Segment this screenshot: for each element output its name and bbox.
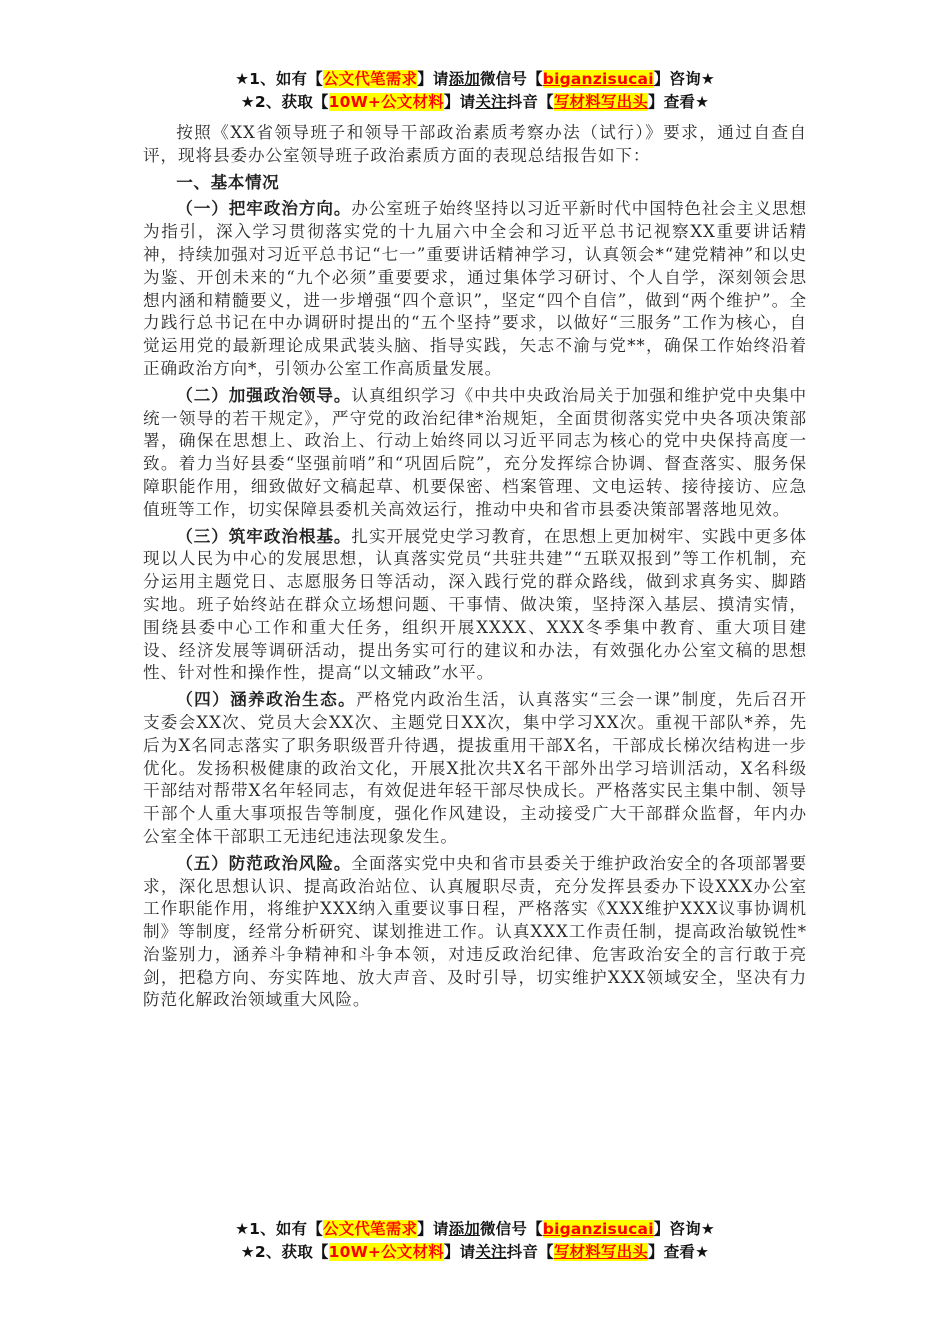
promo-text: 抖音【 [507, 93, 554, 111]
underlined-add: 添加 [449, 1220, 480, 1238]
paragraph-text: 办公室班子始终坚持以习近平新时代中国特色社会主义思想为指引，深入学习贯彻落实党的… [143, 199, 807, 378]
promo-line-1: ★1、如有【公文代笔需求】请添加微信号【biganzisucai】咨询★ [0, 68, 950, 91]
paragraph-lead: （五）防范政治风险。 [176, 854, 351, 873]
wechat-id-link[interactable]: biganzisucai [543, 1220, 654, 1238]
paragraph-political-leadership: （二）加强政治领导。认真组织学习《中共中央政治局关于加强和维护党中央集中统一领导… [143, 385, 807, 522]
document-body: 按照《XX省领导班子和领导干部政治素质考察办法（试行）》要求，通过自查自评，现将… [143, 122, 807, 1016]
top-promo-banner: ★1、如有【公文代笔需求】请添加微信号【biganzisucai】咨询★ ★2、… [0, 68, 950, 114]
promo-text: 】请 [417, 70, 448, 88]
paragraph-political-foundation: （三）筑牢政治根基。扎实开展党史学习教育，在思想上更加树牢、实践中更多体现以人民… [143, 526, 807, 686]
bottom-promo-banner: ★1、如有【公文代笔需求】请添加微信号【biganzisucai】咨询★ ★2、… [0, 1218, 950, 1264]
promo-text: 】请 [444, 93, 475, 111]
paragraph-text: 严格党内政治生活，认真落实“三会一课”制度，先后召开支委会XX次、党员大会XX次… [143, 690, 807, 846]
highlight-materials: 10W+公文材料 [329, 93, 444, 111]
douyin-account-link[interactable]: 写材料写出头 [554, 93, 648, 111]
intro-paragraph: 按照《XX省领导班子和领导干部政治素质考察办法（试行）》要求，通过自查自评，现将… [143, 122, 807, 168]
paragraph-text: 认真组织学习《中共中央政治局关于加强和维护党中央集中统一领导的若干规定》，严守党… [143, 386, 807, 519]
paragraph-text: 全面落实党中央和省市县委关于维护政治安全的各项部署要求，深化思想认识、提高政治站… [143, 854, 807, 1010]
promo-text: ★1、如有【 [235, 1220, 323, 1238]
promo-text: 微信号【 [480, 70, 543, 88]
section-heading: 一、基本情况 [143, 172, 807, 195]
paragraph-lead: （二）加强政治领导。 [176, 386, 351, 405]
promo-text: 抖音【 [507, 1243, 554, 1261]
promo-line-1: ★1、如有【公文代笔需求】请添加微信号【biganzisucai】咨询★ [0, 1218, 950, 1241]
promo-text: 】请 [444, 1243, 475, 1261]
paragraph-political-risk: （五）防范政治风险。全面落实党中央和省市县委关于维护政治安全的各项部署要求，深化… [143, 853, 807, 1013]
promo-line-2: ★2、获取【10W+公文材料】请关注抖音【写材料写出头】查看★ [0, 91, 950, 114]
promo-line-2: ★2、获取【10W+公文材料】请关注抖音【写材料写出头】查看★ [0, 1241, 950, 1264]
wechat-id-link[interactable]: biganzisucai [543, 70, 654, 88]
promo-text: 】查看★ [648, 1243, 709, 1261]
promo-text: 】查看★ [648, 93, 709, 111]
document-page: ★1、如有【公文代笔需求】请添加微信号【biganzisucai】咨询★ ★2、… [0, 0, 950, 1344]
paragraph-political-ecology: （四）涵养政治生态。严格党内政治生活，认真落实“三会一课”制度，先后召开支委会X… [143, 689, 807, 849]
paragraph-political-direction: （一）把牢政治方向。办公室班子始终坚持以习近平新时代中国特色社会主义思想为指引，… [143, 198, 807, 380]
highlight-service: 公文代笔需求 [323, 70, 417, 88]
underlined-follow: 关注 [475, 93, 506, 111]
paragraph-lead: （四）涵养政治生态。 [176, 690, 356, 709]
underlined-follow: 关注 [475, 1243, 506, 1261]
paragraph-lead: （三）筑牢政治根基。 [176, 527, 351, 546]
promo-text: 】请 [417, 1220, 448, 1238]
paragraph-lead: （一）把牢政治方向。 [176, 199, 351, 218]
paragraph-text: 扎实开展党史学习教育，在思想上更加树牢、实践中更多体现以人民为中心的发展思想，认… [143, 527, 807, 683]
underlined-add: 添加 [449, 70, 480, 88]
promo-text: 微信号【 [480, 1220, 543, 1238]
highlight-materials: 10W+公文材料 [329, 1243, 444, 1261]
highlight-service: 公文代笔需求 [323, 1220, 417, 1238]
promo-text: ★2、获取【 [241, 93, 329, 111]
promo-text: ★2、获取【 [241, 1243, 329, 1261]
promo-text: 】咨询★ [654, 70, 715, 88]
douyin-account-link[interactable]: 写材料写出头 [554, 1243, 648, 1261]
promo-text: ★1、如有【 [235, 70, 323, 88]
promo-text: 】咨询★ [654, 1220, 715, 1238]
